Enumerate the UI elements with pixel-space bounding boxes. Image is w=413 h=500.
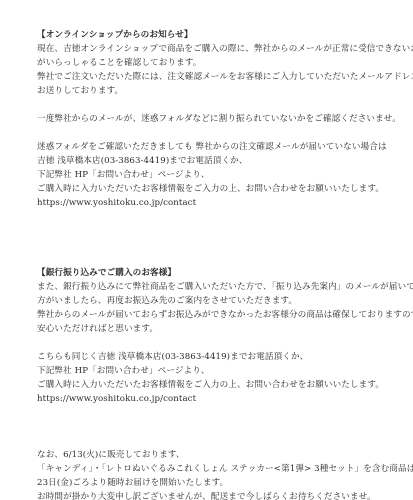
paragraph-line: 方がいましたら、再度お振込み先のご案内をさせていただきます。 (37, 294, 407, 308)
paragraph-line: 「キャンディ」・「レトロぬいぐるみこれくしょん ステッカー<第1弾> 3種セット… (37, 462, 407, 476)
paragraph-line: お時間が掛かり大変申し訳ございませんが、配送まで今しばらくお待ちくださいませ。 (37, 490, 407, 500)
bank-transfer-section: 【銀行振り込みでご購入のお客様】 また、銀行振り込みにて弊社商品をご購入いただい… (37, 266, 407, 406)
notice-document: 【オンラインショップからのお知らせ】 現在、吉徳オンラインショップで商品をご購入… (37, 28, 407, 500)
paragraph-line: 一度弊社からのメールが、迷惑フォルダなどに割り振られていないかをご確認くださいま… (37, 112, 407, 126)
contact-link[interactable]: https://www.yoshitoku.co.jp/contact (37, 198, 196, 208)
spacer (37, 126, 407, 140)
paragraph-line: 弊社からのメールが届いておらずお振込みができなかったお客様分の商品は確保しており… (37, 308, 407, 322)
spacer (37, 210, 407, 266)
spacer (37, 336, 407, 350)
paragraph-line: 迷惑フォルダをご確認いただきましても 弊社からの注文確認メールが届いていない場合… (37, 140, 407, 154)
paragraph-line: がいらっしゃることを確認しております。 (37, 56, 407, 70)
paragraph-line: ご購入時に入力いただいたお客様情報をご入力の上、お問い合わせをお願いいたします。 (37, 378, 407, 392)
paragraph-line: 下記弊社 HP「お問い合わせ」ページより、 (37, 168, 407, 182)
section-heading-online-shop: 【オンラインショップからのお知らせ】 (37, 28, 407, 42)
paragraph-line: 現在、吉徳オンラインショップで商品をご購入の際に、弊社からのメールが正常に受信で… (37, 42, 407, 56)
paragraph-line: 23日(金)ごろより随時お届けを開始いたします。 (37, 476, 407, 490)
online-shop-section: 【オンラインショップからのお知らせ】 現在、吉徳オンラインショップで商品をご購入… (37, 28, 407, 210)
spacer (37, 98, 407, 112)
paragraph-line: お送りしております。 (37, 84, 407, 98)
shipping-notice-section: なお、6/13(火)に販売しております、 「キャンディ」・「レトロぬいぐるみこれ… (37, 448, 407, 500)
paragraph-line: 安心いただければと思います。 (37, 322, 407, 336)
paragraph-line: 下記弊社 HP「お問い合わせ」ページより、 (37, 364, 407, 378)
contact-link[interactable]: https://www.yoshitoku.co.jp/contact (37, 394, 196, 404)
paragraph-line: こちらも同じく吉徳 浅草橋本店(03-3863-4419)までお電話頂くか、 (37, 350, 407, 364)
section-heading-bank-transfer: 【銀行振り込みでご購入のお客様】 (37, 266, 407, 280)
paragraph-line: 吉徳 浅草橋本店(03-3863-4419)までお電話頂くか、 (37, 154, 407, 168)
paragraph-line: ご購入時に入力いただいたお客様情報をご入力の上、お問い合わせをお願いいたします。 (37, 182, 407, 196)
spacer (37, 406, 407, 448)
paragraph-line: なお、6/13(火)に販売しております、 (37, 448, 407, 462)
paragraph-line: また、銀行振り込みにて弊社商品をご購入いただいた方で、「振り込み先案内」のメール… (37, 280, 407, 294)
paragraph-line: 弊社でご注文いただいた際には、注文確認メールをお客様にご入力していただいたメール… (37, 70, 407, 84)
